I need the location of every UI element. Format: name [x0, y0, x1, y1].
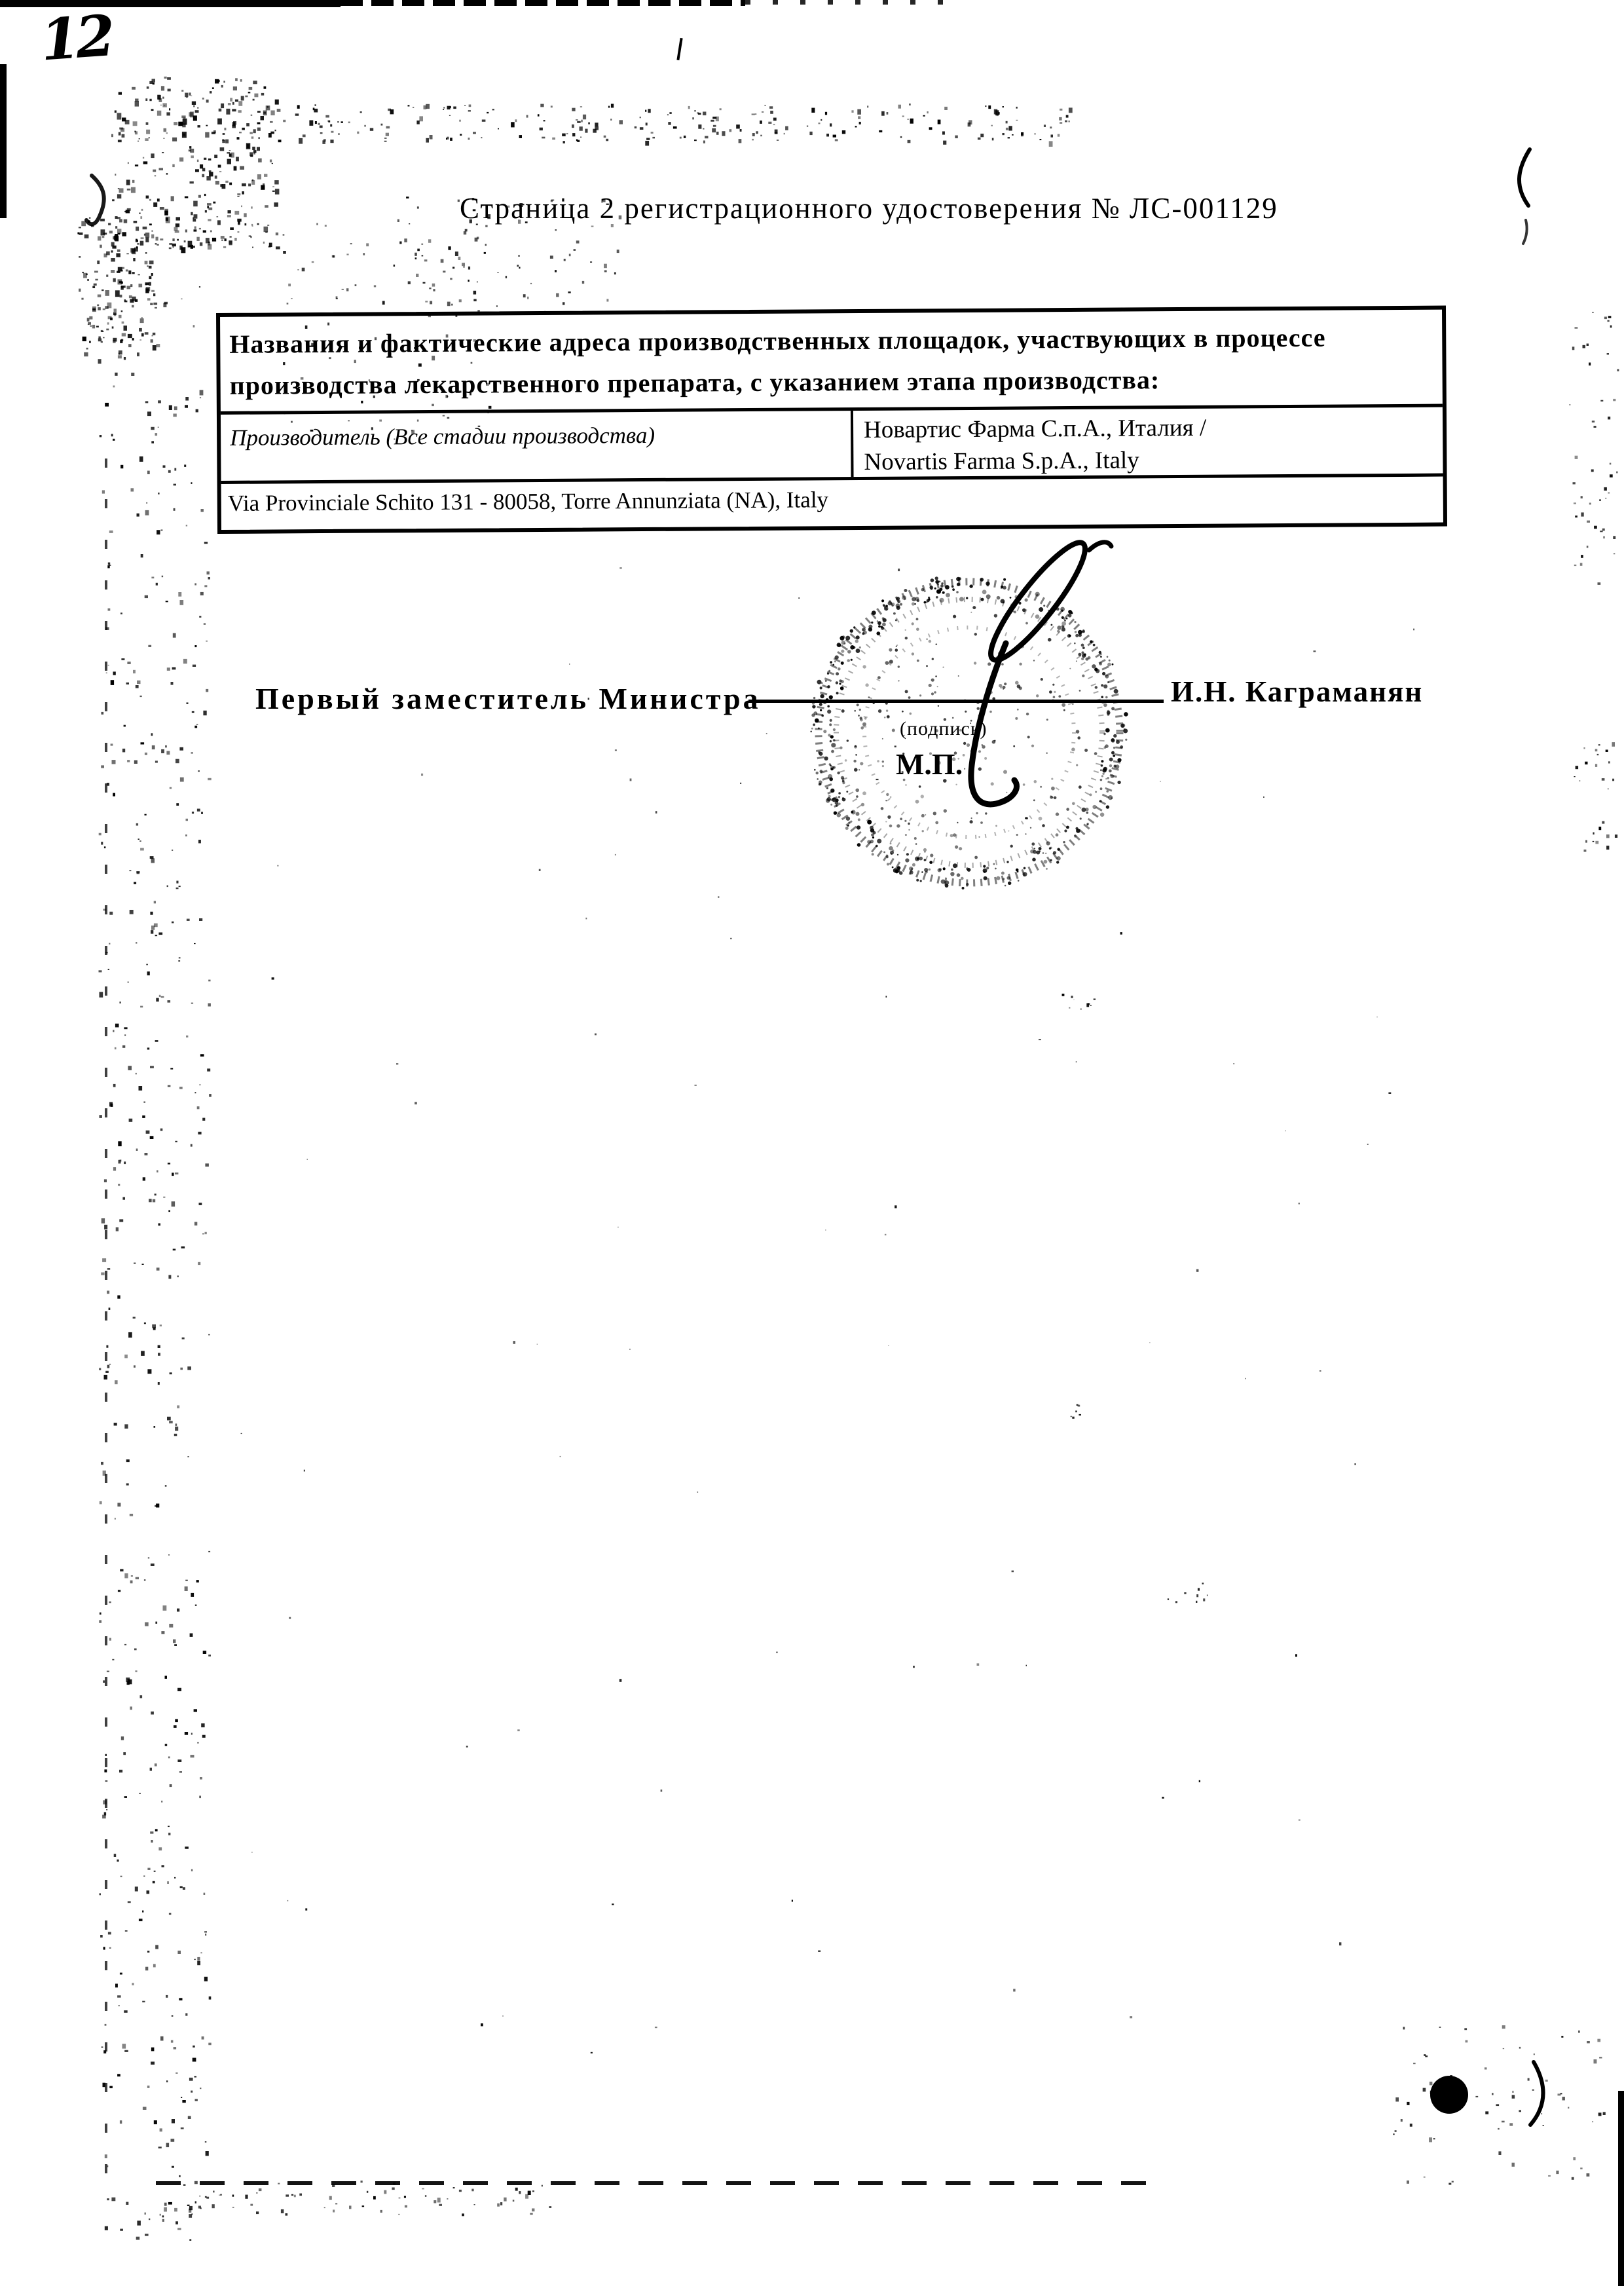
producer-role-cell: Производитель (Все стадии производства) — [221, 411, 854, 481]
scan-top-edge-bar — [0, 0, 341, 7]
producer-name-en: Novartis Farma S.p.A., Italy — [864, 443, 1437, 479]
producer-address-cell: Via Provinciale Schito 131 - 80058, Torr… — [221, 477, 1443, 530]
production-sites-table: Названия и фактические адреса производст… — [216, 306, 1447, 534]
scan-bottom-dashed-line — [156, 2181, 1148, 2185]
scanned-document-page: 12 Страница 2 регистрационного удостовер… — [0, 0, 1624, 2286]
scan-left-edge-mark — [0, 64, 7, 218]
producer-name-ru: Новартис Фарма С.п.А., Италия / — [864, 411, 1437, 447]
seal-place-mark: М.П. — [896, 747, 963, 781]
ink-dot-icon — [1430, 2076, 1468, 2114]
handwritten-page-number: 12 — [39, 3, 113, 73]
signature-line — [748, 700, 1164, 703]
page-title: Страница 2 регистрационного удостоверени… — [460, 191, 1278, 225]
signatory-title: Первый заместитель Министра — [255, 681, 761, 716]
signatory-name: И.Н. Каграманян — [1171, 675, 1423, 709]
table-row: Производитель (Все стадии производства) … — [221, 407, 1443, 484]
scan-left-margin-dashes — [105, 459, 107, 2175]
signature-stroke-icon — [971, 533, 1111, 804]
scan-top-edge-ticks — [745, 0, 961, 5]
producer-name-cell: Новартис Фарма С.п.А., Италия / Novartis… — [853, 407, 1443, 477]
scan-stray-mark — [676, 38, 682, 60]
signature-caption: (подпись) — [900, 718, 987, 740]
scan-right-edge-bar — [1618, 2091, 1624, 2286]
scan-top-edge-dashes — [341, 0, 745, 6]
table-header-cell: Названия и фактические адреса производст… — [220, 310, 1443, 415]
